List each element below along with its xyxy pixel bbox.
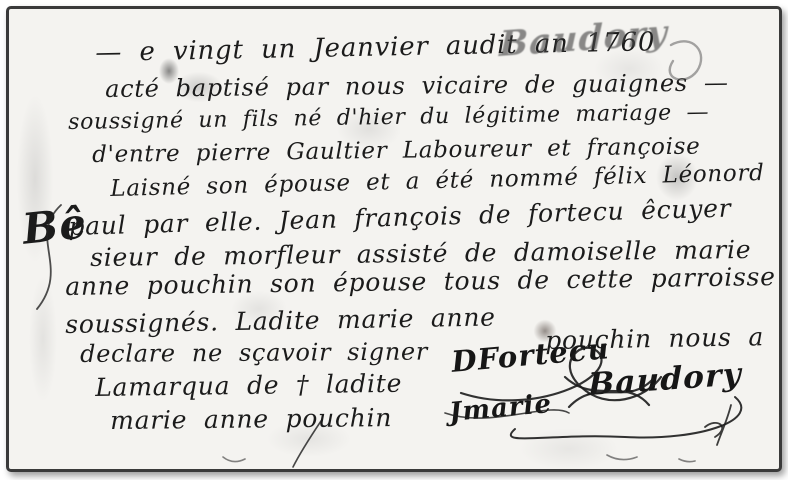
scanned-register-page: Bê — e vingt un Jeanvier audit an 1760 a… [6, 6, 782, 472]
record-line-12: marie anne pouchin [110, 403, 392, 435]
screenshot: Bê — e vingt un Jeanvier audit an 1760 a… [0, 0, 788, 480]
record-line-10: declare ne sçavoir signer [80, 338, 428, 368]
record-line-3: soussigné un fils né d'hier du légitime … [68, 100, 709, 135]
record-line-11-mark-of-cross: Lamarqua de † ladite [95, 369, 402, 402]
record-line-2: acté baptisé par nous vicaire de guaigne… [105, 68, 729, 103]
record-line-9: soussignés. Ladite marie anne [65, 302, 496, 339]
signature-fortecu: DFortecu [450, 331, 611, 379]
signature-jmarie: Jmarie [448, 389, 553, 428]
